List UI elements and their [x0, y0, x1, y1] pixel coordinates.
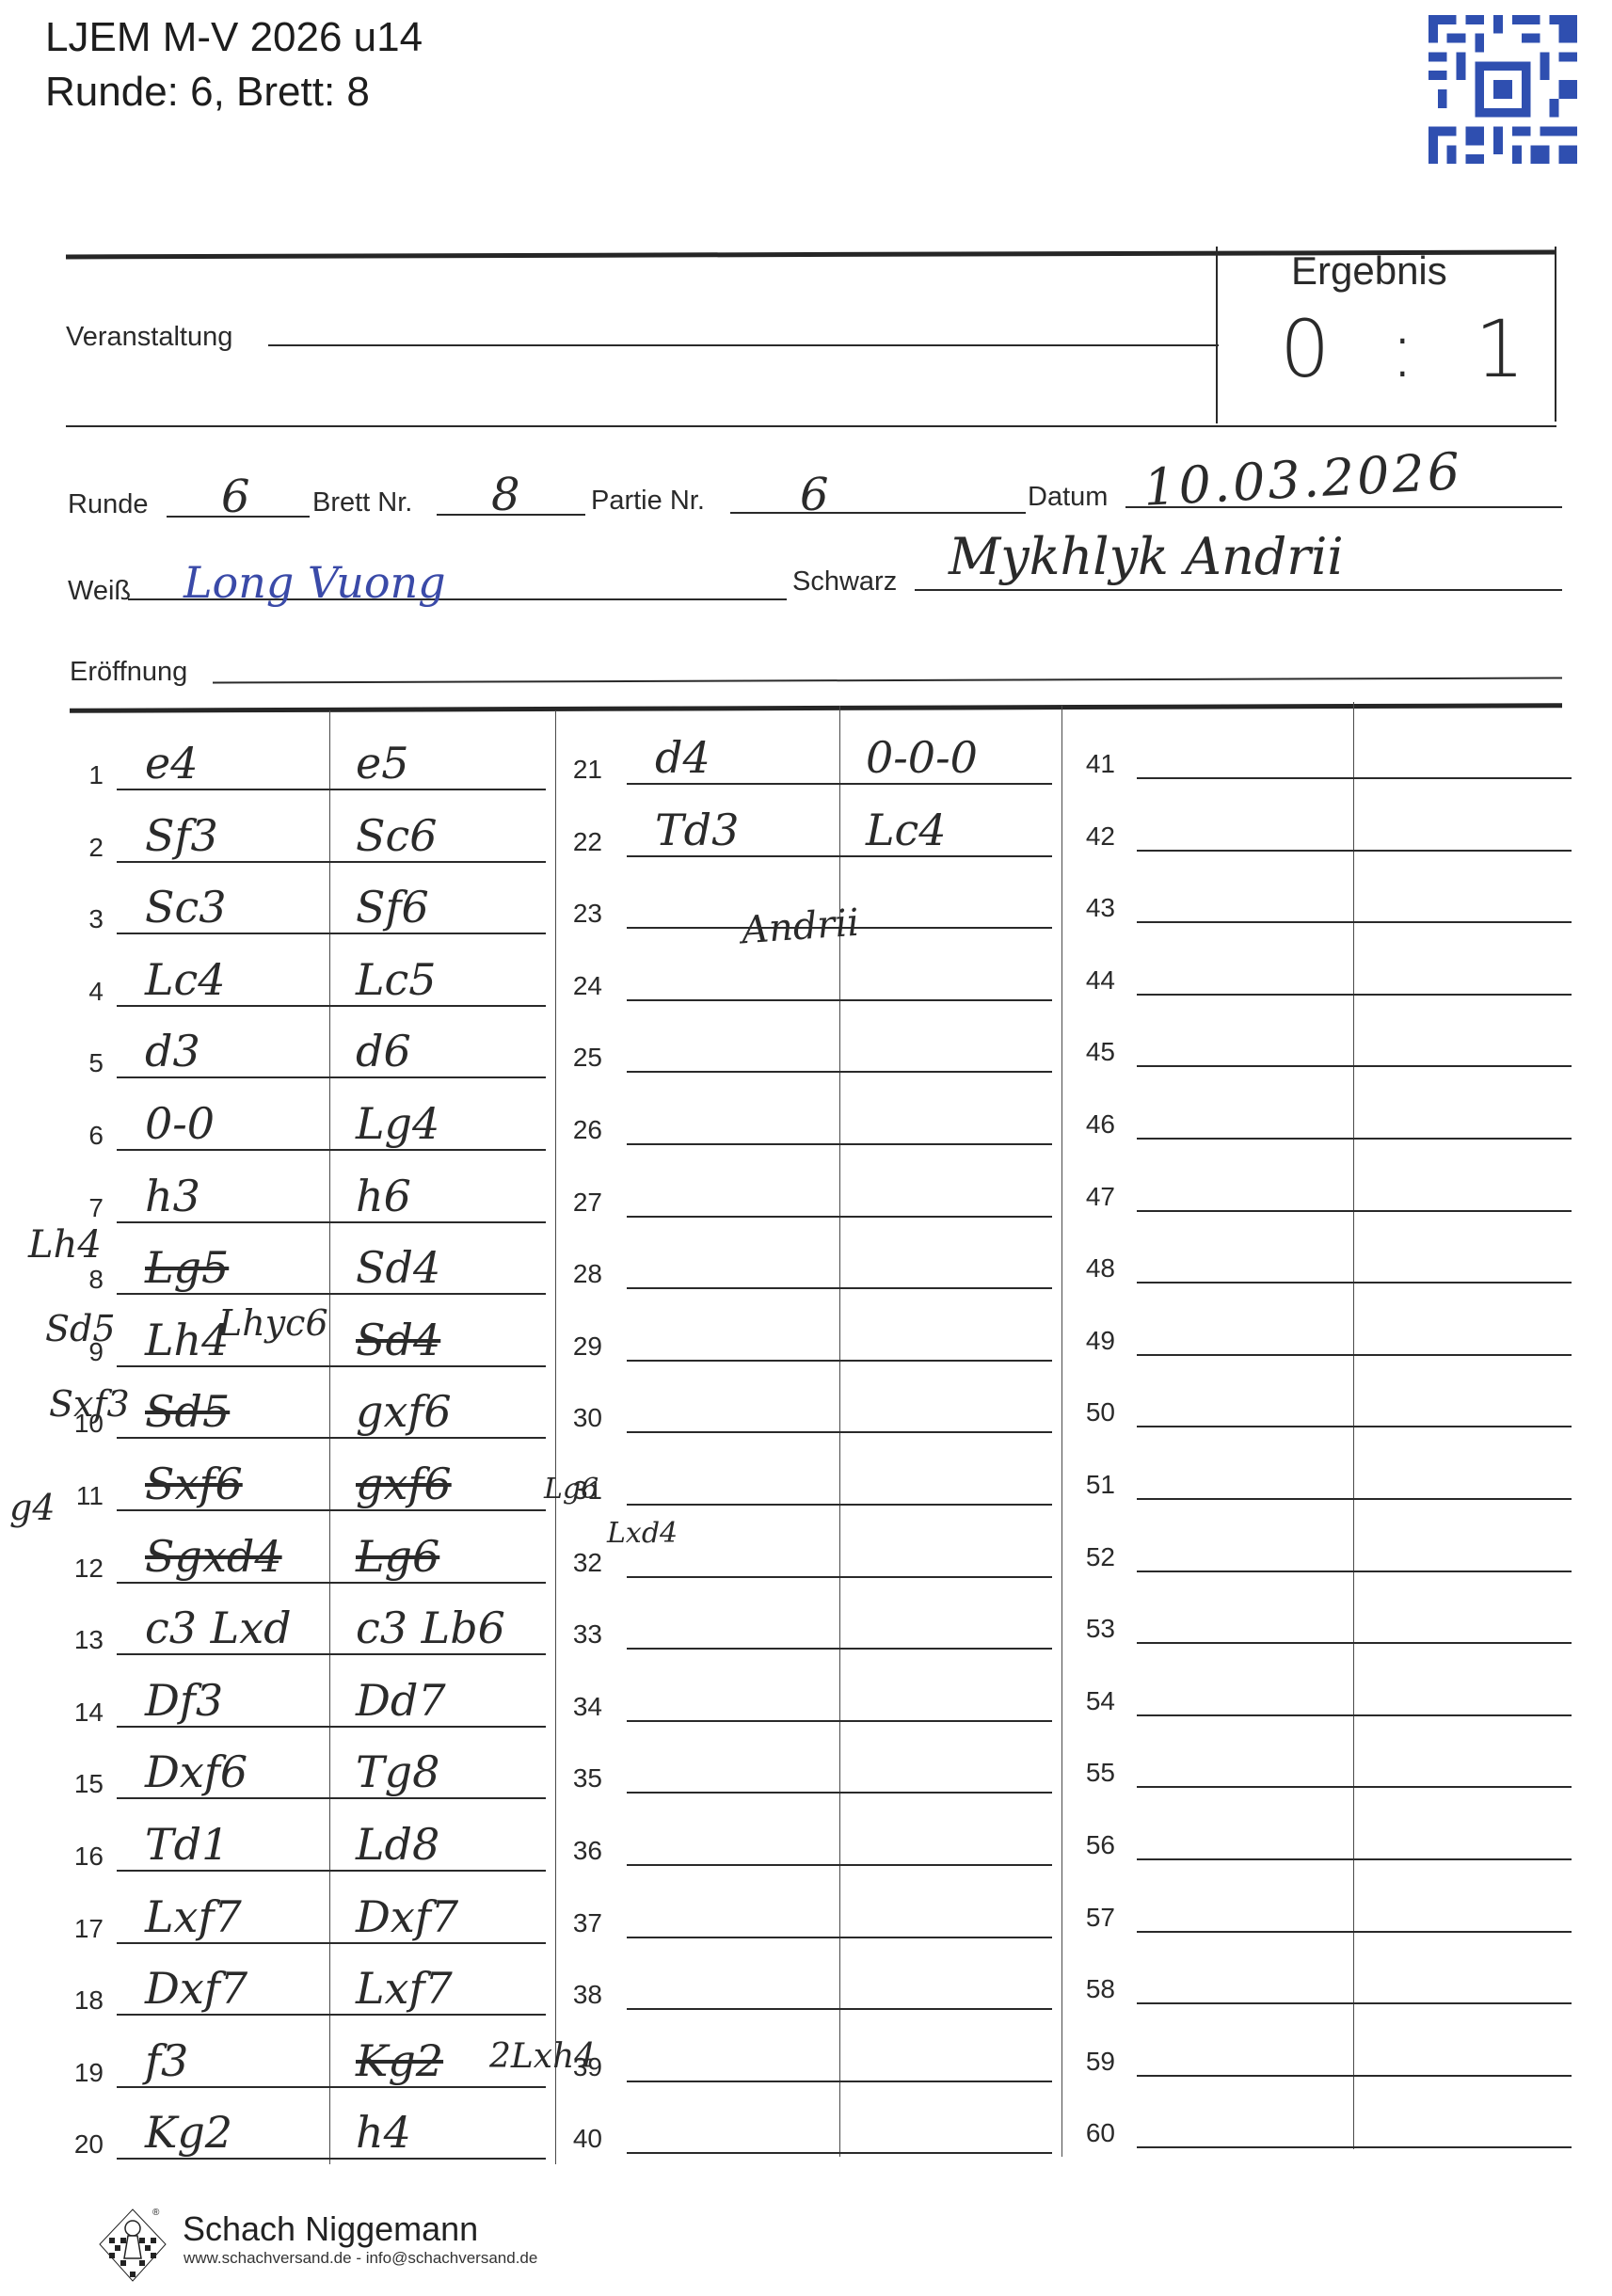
white-move-cell[interactable]: Dxf7 [145, 1965, 247, 2012]
move-number: 21 [555, 755, 602, 785]
brett-field[interactable]: 8 [491, 469, 520, 521]
column-divider [1061, 706, 1062, 2157]
move-line [117, 1942, 546, 1944]
white-move-cell[interactable]: Sgxd4 [145, 1533, 282, 1580]
black-move-cell[interactable]: gxf6 [356, 1460, 452, 1507]
black-move-cell[interactable]: Lc4 [866, 806, 947, 853]
margin-note-row9: Sd5 [45, 1308, 116, 1349]
runde-field[interactable]: 6 [221, 470, 250, 523]
footer-brand: Schach Niggemann [183, 2209, 478, 2249]
white-move-cell[interactable]: Sf3 [145, 812, 218, 859]
move-line [1137, 1282, 1572, 1284]
black-move-cell[interactable]: Lxf7 [356, 1965, 453, 2012]
move-number: 23 [555, 899, 602, 929]
move-line [627, 2081, 1052, 2082]
move-line [1137, 1858, 1572, 1860]
move-number: 4 [56, 977, 104, 1007]
move-line [1137, 1714, 1572, 1716]
veranstaltung-label: Veranstaltung [66, 322, 232, 353]
black-move-cell[interactable]: Dxf7 [356, 1893, 458, 1940]
move-line [117, 2086, 546, 2088]
chess-king-logo-icon: ® [98, 2202, 168, 2287]
move-line [1137, 1210, 1572, 1212]
move-number: 54 [1068, 1686, 1115, 1716]
white-move-cell[interactable]: Lc4 [145, 956, 226, 1003]
brett-label: Brett Nr. [312, 487, 412, 518]
move-line [1137, 2002, 1572, 2004]
black-move-cell[interactable]: Lg6 [356, 1533, 439, 1580]
move-number: 26 [555, 1115, 602, 1145]
move-number: 18 [56, 1985, 104, 2016]
move-line [117, 933, 546, 934]
move-number: 5 [56, 1048, 104, 1078]
black-move-cell[interactable]: Sd4 [356, 1244, 440, 1291]
margin-note-row11-right: Lg6 [544, 1473, 599, 1506]
move-line [1137, 1786, 1572, 1788]
move-number: 57 [1068, 1903, 1115, 1933]
event-title: LJEM M-V 2026 u14 [45, 13, 423, 62]
white-move-cell[interactable]: Lh4 [145, 1316, 229, 1363]
move-line [1137, 777, 1572, 779]
moves-top-border [70, 703, 1562, 713]
result-divider [1216, 247, 1218, 423]
move-number: 32 [555, 1548, 602, 1578]
move-number: 14 [56, 1698, 104, 1728]
move-line [117, 1221, 546, 1223]
move-line [627, 1216, 1052, 1218]
white-move-cell[interactable]: Sd5 [145, 1388, 230, 1435]
weiss-label: Weiß [68, 576, 131, 607]
white-move-cell[interactable]: Dxf6 [145, 1748, 247, 1795]
white-move-cell[interactable]: d3 [145, 1028, 200, 1075]
move-number: 22 [555, 827, 602, 857]
move-line [117, 2158, 546, 2160]
white-move-cell[interactable]: f3 [145, 2037, 188, 2084]
move-number: 46 [1068, 1109, 1115, 1140]
move-number: 52 [1068, 1542, 1115, 1572]
move-line [117, 1365, 546, 1367]
move-number: 49 [1068, 1326, 1115, 1356]
qr-code-icon [1419, 6, 1587, 173]
schwarz-field[interactable]: Mykhlyk Andrii [949, 527, 1344, 586]
move-number: 53 [1068, 1614, 1115, 1644]
black-move-cell[interactable]: Sc6 [356, 812, 438, 859]
move-number: 55 [1068, 1758, 1115, 1788]
move-line [1137, 1426, 1572, 1427]
move-line [117, 1653, 546, 1655]
move-number: 29 [555, 1331, 602, 1362]
move-line [627, 2152, 1052, 2154]
move-number: 16 [56, 1842, 104, 1872]
move-line [627, 783, 1052, 785]
move-line [1137, 1642, 1572, 1644]
move-number: 13 [56, 1625, 104, 1655]
move-line [627, 855, 1052, 857]
svg-text:®: ® [152, 2208, 160, 2218]
runde-label: Runde [68, 489, 148, 520]
move-line [117, 2014, 546, 2016]
white-move-cell[interactable]: Td3 [655, 806, 739, 853]
move-number: 17 [56, 1914, 104, 1944]
move-line [627, 1504, 1052, 1506]
move-line [627, 1431, 1052, 1433]
move-line [1137, 1065, 1572, 1067]
white-move-cell[interactable]: d4 [655, 734, 710, 781]
move-line [1137, 2146, 1572, 2148]
move-line [117, 789, 546, 790]
footer-contact: www.schachversand.de - info@schachversan… [184, 2249, 537, 2268]
black-move-cell[interactable]: Lc5 [356, 956, 437, 1003]
black-move-cell[interactable]: Sf6 [356, 884, 429, 931]
black-move-cell[interactable]: d6 [356, 1028, 411, 1075]
white-move-cell[interactable]: e4 [145, 740, 199, 787]
white-move-cell[interactable]: Sc3 [145, 884, 227, 931]
partie-field[interactable]: 6 [800, 469, 829, 521]
move-line [117, 1726, 546, 1728]
white-move-cell[interactable]: Df3 [145, 1677, 223, 1724]
veranstaltung-bottom-rule [66, 425, 1556, 427]
datum-label: Datum [1028, 482, 1108, 513]
move-number: 43 [1068, 893, 1115, 923]
black-move-cell[interactable]: h4 [356, 2109, 411, 2156]
move-line [117, 1149, 546, 1151]
move-line [627, 1071, 1052, 1073]
partie-label: Partie Nr. [591, 486, 705, 517]
white-move-cell[interactable]: Td1 [145, 1821, 229, 1868]
black-move-cell[interactable]: Dd7 [356, 1677, 446, 1724]
margin-note-row10: Sxf3 [49, 1383, 130, 1425]
schwarz-line [915, 589, 1562, 591]
move-line [1137, 994, 1572, 996]
signature: Andrii [741, 901, 861, 953]
move-number: 1 [56, 760, 104, 790]
margin-note-row12-right: Lxd4 [607, 1517, 678, 1550]
black-move-cell[interactable]: Sd4 [356, 1316, 440, 1363]
black-move-cell[interactable]: gxf6 [356, 1388, 452, 1435]
move-line [627, 1576, 1052, 1578]
move-line [1137, 1498, 1572, 1500]
move-line [1137, 1571, 1572, 1572]
move-number: 8 [56, 1265, 104, 1295]
move-number: 56 [1068, 1830, 1115, 1860]
margin-note-row11: g4 [9, 1487, 56, 1528]
move-line [117, 861, 546, 863]
move-number: 59 [1068, 2047, 1115, 2077]
move-line [117, 1582, 546, 1584]
move-line [1137, 921, 1572, 923]
move-line [1137, 1354, 1572, 1356]
move-line [117, 1437, 546, 1439]
move-line [627, 1287, 1052, 1289]
move-number: 6 [56, 1121, 104, 1151]
move-number: 36 [555, 1836, 602, 1866]
weiss-field[interactable]: Long Vuong [184, 557, 446, 608]
move-number: 3 [56, 904, 104, 934]
move-number: 2 [56, 833, 104, 863]
move-line [117, 1076, 546, 1078]
black-move-cell[interactable]: c3 Lb6 [356, 1604, 505, 1651]
move-number: 33 [555, 1619, 602, 1650]
move-number: 48 [1068, 1253, 1115, 1284]
white-move-cell[interactable]: Lxf7 [145, 1893, 242, 1940]
move-number: 25 [555, 1043, 602, 1073]
black-move-cell[interactable]: h6 [356, 1172, 411, 1220]
white-move-cell[interactable]: Lg5 [145, 1244, 229, 1291]
move-number: 42 [1068, 821, 1115, 852]
move-line [1137, 850, 1572, 852]
margin-note-row9-inline: Lhyc6 [218, 1302, 328, 1344]
black-move-cell[interactable]: e5 [356, 740, 409, 787]
move-number: 20 [56, 2129, 104, 2160]
move-line [627, 1360, 1052, 1362]
move-number: 50 [1068, 1397, 1115, 1427]
move-number: 27 [555, 1188, 602, 1218]
move-line [627, 1143, 1052, 1145]
move-line [1137, 1138, 1572, 1140]
move-number: 19 [56, 2058, 104, 2088]
move-line [627, 1720, 1052, 1722]
move-number: 41 [1068, 749, 1115, 779]
white-move-cell[interactable]: h3 [145, 1172, 200, 1220]
black-move-cell[interactable]: Ld8 [356, 1821, 439, 1868]
move-number: 12 [56, 1554, 104, 1584]
move-line [117, 1509, 546, 1511]
move-number: 58 [1068, 1974, 1115, 2004]
black-move-cell[interactable]: Lg4 [356, 1100, 439, 1147]
move-number: 38 [555, 1980, 602, 2010]
white-move-cell[interactable]: Kg2 [145, 2109, 232, 2156]
ergebnis-value[interactable]: 0 : 1 [1280, 303, 1542, 395]
move-number: 44 [1068, 965, 1115, 996]
move-number: 51 [1068, 1470, 1115, 1500]
move-line [627, 1792, 1052, 1794]
move-line [117, 1293, 546, 1295]
black-move-cell[interactable]: Kg2 [356, 2037, 443, 2084]
veranstaltung-line [268, 344, 1219, 346]
eroeffnung-line [213, 677, 1562, 683]
move-line [1137, 1931, 1572, 1933]
move-line [627, 999, 1052, 1001]
round-board-subtitle: Runde: 6, Brett: 8 [45, 68, 370, 117]
white-move-cell[interactable]: c3 Lxd [145, 1604, 292, 1651]
ergebnis-label: Ergebnis [1291, 248, 1447, 294]
move-number: 35 [555, 1763, 602, 1794]
move-number: 40 [555, 2124, 602, 2154]
move-number: 37 [555, 1908, 602, 1938]
move-number: 45 [1068, 1037, 1115, 1067]
move-number: 28 [555, 1259, 602, 1289]
margin-note-row19-right: 2Lxh4 [489, 2037, 596, 2076]
white-move-cell[interactable]: Sxf6 [145, 1460, 243, 1507]
black-move-cell[interactable]: 0-0-0 [866, 734, 978, 781]
move-line [627, 1648, 1052, 1650]
move-number: 47 [1068, 1182, 1115, 1212]
move-line [117, 1005, 546, 1007]
move-line [117, 1797, 546, 1799]
partie-line [730, 512, 1026, 514]
move-line [117, 1870, 546, 1872]
move-line [627, 2008, 1052, 2010]
move-number: 15 [56, 1769, 104, 1799]
move-number: 7 [56, 1193, 104, 1223]
move-line [1137, 2075, 1572, 2077]
black-move-cell[interactable]: Tg8 [356, 1748, 439, 1795]
eroeffnung-label: Eröffnung [70, 657, 187, 688]
move-line [627, 1864, 1052, 1866]
move-number: 34 [555, 1692, 602, 1722]
move-number: 11 [56, 1481, 104, 1511]
schwarz-label: Schwarz [792, 566, 897, 598]
move-number: 60 [1068, 2118, 1115, 2148]
white-move-cell[interactable]: 0-0 [145, 1100, 215, 1147]
result-right-border [1555, 247, 1556, 422]
move-line [627, 1937, 1052, 1938]
margin-note-row8: Lh4 [28, 1223, 102, 1267]
move-number: 30 [555, 1403, 602, 1433]
move-number: 24 [555, 971, 602, 1001]
